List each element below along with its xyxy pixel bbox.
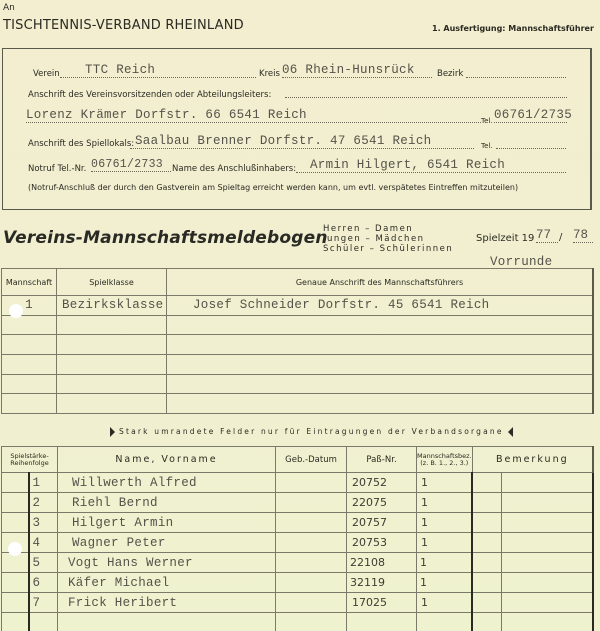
birthdate-cell[interactable] — [276, 473, 347, 493]
birthdate-cell[interactable] — [276, 513, 347, 533]
official-cell — [2, 613, 29, 631]
team-designation-cell[interactable]: 1 — [417, 573, 473, 593]
remark-cell[interactable] — [501, 613, 593, 631]
captain-cell[interactable] — [167, 315, 594, 335]
official-cell — [472, 553, 501, 573]
name-cell[interactable]: Willwerth Alfred — [58, 473, 276, 493]
col-header-name: Name, Vorname — [58, 447, 276, 473]
remark-cell[interactable] — [501, 513, 593, 533]
col-header-team: Mannschaft — [2, 269, 57, 296]
birthdate-cell[interactable] — [276, 493, 347, 513]
team-designation-cell[interactable]: 1 — [417, 473, 473, 493]
player-row: 3 Hilgert Armin 20757 1 — [2, 513, 594, 533]
col-header-remark: Bemerkung — [472, 447, 593, 473]
league-cell[interactable] — [57, 394, 167, 414]
player-row — [2, 613, 594, 631]
team-row — [2, 315, 594, 335]
form-title: Vereins-Mannschaftsmeldebogen — [3, 228, 328, 248]
team-row — [2, 335, 594, 355]
punch-hole — [8, 542, 22, 556]
team-cell[interactable] — [2, 335, 57, 355]
birthdate-cell[interactable] — [276, 573, 347, 593]
name-cell[interactable]: Wagner Peter — [58, 533, 276, 553]
team-cell[interactable] — [2, 394, 57, 414]
rank-cell[interactable]: 4 — [29, 533, 58, 553]
name-cell[interactable]: Käfer Michael — [58, 573, 276, 593]
player-table: Spielstärke- Reihenfolge Name, Vorname G… — [1, 446, 594, 631]
round-value: Vorrunde — [490, 255, 552, 269]
bezirk-field[interactable] — [466, 63, 566, 78]
holder-field[interactable]: Armin Hilgert, 6541 Reich — [296, 158, 566, 173]
venue-field[interactable]: Saalbau Brenner Dorfstr. 47 6541 Reich — [130, 134, 474, 149]
rank-cell[interactable] — [29, 613, 58, 631]
player-row: 7 Frick Heribert 17025 1 — [2, 593, 594, 613]
rank-cell[interactable]: 5 — [29, 553, 58, 573]
team-table: Mannschaft Spielklasse Genaue Anschrift … — [1, 268, 594, 414]
league-cell[interactable]: Bezirksklasse — [57, 296, 167, 316]
copy-note: 1. Ausfertigung: Mannschaftsführer — [432, 24, 594, 33]
gender-option-schueler-schuelerinnen[interactable]: Schüler – Schülerinnen — [323, 244, 453, 254]
chair-label-dotline — [285, 97, 567, 98]
remark-cell[interactable] — [501, 573, 593, 593]
player-row: 5 Vogt Hans Werner 22108 1 — [2, 553, 594, 573]
name-cell[interactable]: Vogt Hans Werner — [58, 553, 276, 573]
gender-option-herren-damen[interactable]: Herren – Damen — [323, 224, 453, 234]
official-cell — [2, 593, 29, 613]
official-cell — [2, 513, 29, 533]
season-from-field[interactable]: 77 — [536, 228, 558, 243]
gender-option-jungen-maedchen[interactable]: Jungen – Mädchen — [323, 234, 453, 244]
team-designation-cell[interactable]: 1 — [417, 513, 473, 533]
pass-number-cell[interactable]: 20752 — [347, 473, 417, 493]
official-cell — [472, 533, 501, 553]
remark-cell[interactable] — [501, 493, 593, 513]
player-row: 6 Käfer Michael 32119 1 — [2, 573, 594, 593]
official-cell — [2, 473, 29, 493]
captain-cell[interactable] — [167, 355, 594, 375]
birthdate-cell[interactable] — [276, 553, 347, 573]
name-cell[interactable]: Frick Heribert — [58, 593, 276, 613]
official-cell — [2, 493, 29, 513]
official-cell — [472, 613, 501, 631]
arrow-right-icon — [110, 427, 115, 437]
birthdate-cell[interactable] — [276, 533, 347, 553]
notice-text: Stark umrandete Felder nur für Eintragun… — [119, 427, 504, 436]
col-header-team-designation: Mannschaftsbez. (z. B. 1., 2., 3.) — [417, 447, 473, 473]
captain-cell[interactable] — [167, 335, 594, 355]
bezirk-label: Bezirk — [437, 69, 463, 79]
captain-cell[interactable] — [167, 374, 594, 394]
pass-number-cell[interactable]: 22075 — [347, 493, 417, 513]
name-cell[interactable]: Riehl Bernd — [58, 493, 276, 513]
captain-cell[interactable] — [167, 394, 594, 414]
venue-label: Anschrift des Spiellokals: — [28, 139, 134, 149]
pass-number-cell[interactable]: 32119 — [347, 573, 417, 593]
team-designation-cell[interactable]: 1 — [417, 553, 473, 573]
emergency-label: Notruf Tel.-Nr. — [28, 164, 86, 174]
official-cell — [472, 573, 501, 593]
official-use-notice: Stark umrandete Felder nur für Eintragun… — [110, 427, 513, 437]
official-cell — [2, 573, 29, 593]
birthdate-cell[interactable] — [276, 593, 347, 613]
season-to-field[interactable]: 78 — [573, 228, 593, 243]
remark-cell[interactable] — [501, 553, 593, 573]
team-designation-cell[interactable]: 1 — [417, 533, 473, 553]
kreis-field[interactable]: 06 Rhein-Hunsrück — [282, 63, 432, 78]
pass-number-cell[interactable]: 20757 — [347, 513, 417, 533]
pass-number-cell[interactable]: 22108 — [347, 553, 417, 573]
col-header-league: Spielklasse — [57, 269, 167, 296]
league-cell[interactable] — [57, 374, 167, 394]
verein-field[interactable]: TTC Reich — [60, 63, 256, 78]
team-designation-cell[interactable]: 1 — [417, 493, 473, 513]
rank-cell[interactable]: 3 — [29, 513, 58, 533]
remark-cell[interactable] — [501, 473, 593, 493]
team-row — [2, 355, 594, 375]
league-cell[interactable] — [57, 335, 167, 355]
col-header-pass-number: Paß-Nr. — [347, 447, 417, 473]
player-row: 4 Wagner Peter 20753 1 — [2, 533, 594, 553]
remark-cell[interactable] — [501, 533, 593, 553]
team-cell[interactable] — [2, 355, 57, 375]
venue-tel-field[interactable] — [496, 134, 566, 149]
team-row: 1 Bezirksklasse Josef Schneider Dorfstr.… — [2, 296, 594, 316]
col-header-birthdate: Geb.-Datum — [276, 447, 347, 473]
name-cell[interactable] — [58, 613, 276, 631]
remark-cell[interactable] — [501, 593, 593, 613]
punch-hole — [9, 304, 23, 318]
team-designation-cell[interactable]: 1 — [417, 593, 473, 613]
chair-tel-field[interactable]: 06761/2735 — [494, 108, 567, 123]
organization-name: TISCHTENNIS-VERBAND RHEINLAND — [3, 18, 244, 33]
team-designation-cell[interactable] — [417, 613, 473, 631]
venue-tel-label: Tel. — [481, 142, 493, 150]
rank-cell[interactable]: 7 — [29, 593, 58, 613]
player-row: 1 Willwerth Alfred 20752 1 — [2, 473, 594, 493]
col-header-rank: Spielstärke- Reihenfolge — [2, 447, 58, 473]
rank-cell[interactable]: 6 — [29, 573, 58, 593]
emergency-tel-field[interactable]: 06761/2733 — [91, 158, 171, 172]
team-cell[interactable] — [2, 315, 57, 335]
rank-cell[interactable]: 1 — [29, 473, 58, 493]
season-separator: / — [559, 232, 562, 243]
chair-label: Anschrift des Vereinsvorsitzenden oder A… — [28, 90, 271, 100]
season-label: Spielzeit 19 — [476, 233, 534, 244]
team-row — [2, 394, 594, 414]
rank-cell[interactable]: 2 — [29, 493, 58, 513]
team-cell[interactable] — [2, 374, 57, 394]
gender-category-options: Herren – Damen Jungen – Mädchen Schüler … — [323, 224, 453, 254]
captain-cell[interactable]: Josef Schneider Dorfstr. 45 6541 Reich — [167, 296, 594, 316]
kreis-label: Kreis — [259, 69, 280, 79]
official-cell — [472, 493, 501, 513]
pass-number-cell[interactable]: 20753 — [347, 533, 417, 553]
name-cell[interactable]: Hilgert Armin — [58, 513, 276, 533]
arrow-left-icon — [508, 427, 513, 437]
league-cell[interactable] — [57, 315, 167, 335]
col-header-captain-address: Genaue Anschrift des Mannschaftsführers — [167, 269, 594, 296]
pass-number-cell[interactable]: 17025 — [347, 593, 417, 613]
league-cell[interactable] — [57, 355, 167, 375]
player-table-header: Spielstärke- Reihenfolge Name, Vorname G… — [2, 447, 594, 473]
chair-tel-label: Tel. — [481, 117, 493, 125]
pass-number-cell[interactable] — [347, 613, 417, 631]
official-cell — [472, 473, 501, 493]
team-table-header: Mannschaft Spielklasse Genaue Anschrift … — [2, 269, 594, 296]
official-cell — [472, 593, 501, 613]
verein-label: Verein — [33, 69, 60, 79]
team-row — [2, 374, 594, 394]
chair-address-field[interactable]: Lorenz Krämer Dorfstr. 66 6541 Reich — [26, 108, 481, 123]
birthdate-cell[interactable] — [276, 613, 347, 631]
emergency-note: (Notruf-Anschluß der durch den Gastverei… — [28, 183, 518, 192]
to-label: An — [3, 3, 15, 13]
official-cell — [472, 513, 501, 533]
holder-label: Name des Anschlußinhabers: — [172, 164, 296, 174]
player-row: 2 Riehl Bernd 22075 1 — [2, 493, 594, 513]
